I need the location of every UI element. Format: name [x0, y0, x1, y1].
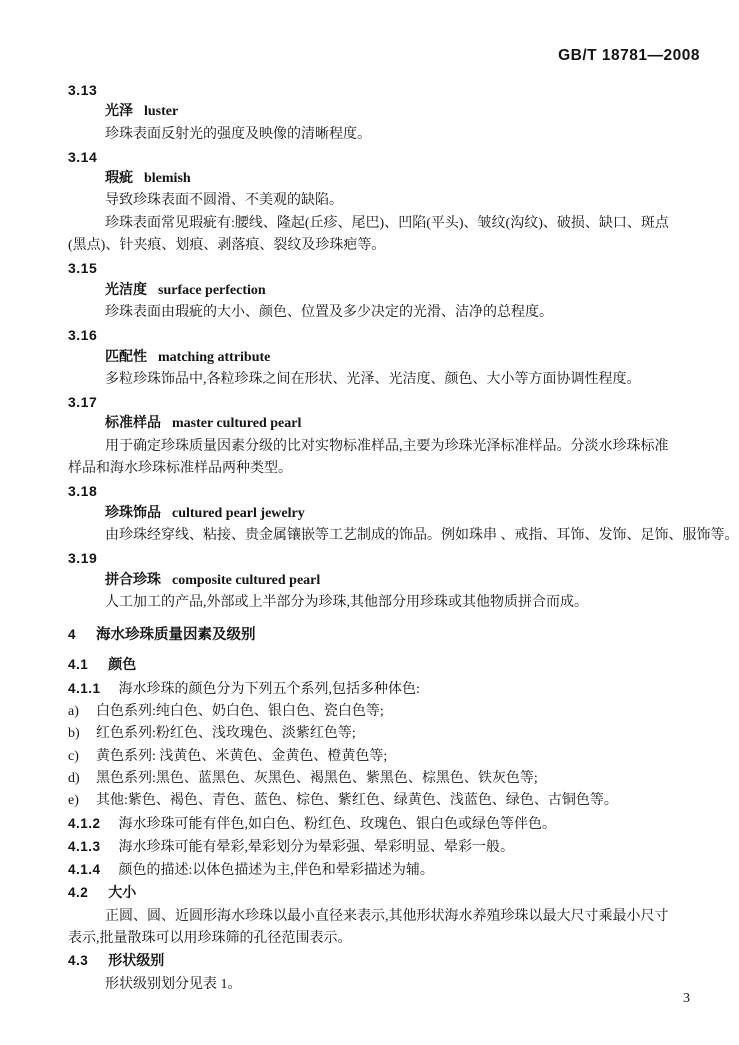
term-zh: 光洁度	[105, 283, 147, 298]
list-label: d)	[68, 768, 96, 790]
definition-text: 多粒珍珠饰品中,各粒珍珠之间在形状、光泽、光洁度、颜色、大小等方面协调性程度。	[68, 369, 672, 391]
section-heading-4-3: 4.3形状级别	[68, 950, 672, 973]
list-text: 黑色系列:黑色、蓝黑色、灰黑色、褐黑色、紫黑色、棕黑色、铁灰色等;	[96, 771, 538, 786]
term-line: 光泽luster	[68, 101, 672, 123]
clause-text: 颜色的描述:以体色描述为主,伴色和晕彩描述为辅。	[119, 863, 434, 878]
section-title: 颜色	[108, 658, 136, 673]
term-en: luster	[144, 104, 178, 119]
term-section-3-16: 3.16 匹配性matching attribute 多粒珍珠饰品中,各粒珍珠之…	[68, 324, 672, 391]
section-title: 大小	[108, 886, 136, 901]
clause-number: 3.14	[68, 146, 672, 168]
color-series-item-b: b)红色系列:粉红色、浅玫瑰色、淡紫红色等;	[68, 723, 672, 745]
section-title: 形状级别	[108, 954, 164, 969]
section-text-4-2: 正圆、圆、近圆形海水珍珠以最小直径来表示,其他形状海水养殖珍珠以最大尺寸乘最小尺…	[68, 906, 672, 951]
clause-paragraph-4-1-1: 4.1.1海水珍珠的颜色分为下列五个系列,包括多种体色:	[68, 678, 672, 701]
clause-text: 海水珍珠可能有晕彩,晕彩划分为晕彩强、晕彩明显、晕彩一般。	[119, 840, 515, 855]
definition-text: 珍珠表面由瑕疵的大小、颜色、位置及多少决定的光滑、洁净的总程度。	[68, 302, 672, 324]
section-number: 4.1	[68, 657, 88, 672]
term-zh: 拼合珍珠	[105, 573, 161, 588]
color-series-item-e: e)其他:紫色、褐色、青色、蓝色、棕色、紫红色、绿黄色、浅蓝色、绿色、古铜色等。	[68, 790, 672, 812]
term-en: blemish	[144, 171, 191, 186]
term-section-3-17: 3.17 标准样品master cultured pearl 用于确定珍珠质量因…	[68, 391, 672, 480]
term-en: composite cultured pearl	[172, 573, 320, 588]
clause-number: 4.1.4	[68, 862, 101, 877]
color-series-item-d: d)黑色系列:黑色、蓝黑色、灰黑色、褐黑色、紫黑色、棕黑色、铁灰色等;	[68, 768, 672, 790]
term-zh: 标准样品	[105, 416, 161, 431]
chapter-number: 4	[68, 627, 76, 642]
term-line: 珍珠饰品cultured pearl jewelry	[68, 503, 672, 525]
list-label: e)	[68, 790, 96, 812]
document-page: GB/T 18781—2008 3.13 光泽luster 珍珠表面反射光的强度…	[0, 0, 739, 1045]
standard-number: GB/T 18781—2008	[558, 45, 700, 67]
section-text-4-3: 形状级别划分见表 1。	[68, 974, 672, 996]
term-en: master cultured pearl	[172, 416, 301, 431]
term-en: cultured pearl jewelry	[172, 506, 305, 521]
chapter-title: 海水珍珠质量因素及级别	[96, 627, 256, 643]
clause-paragraph-4-1-3: 4.1.3海水珍珠可能有晕彩,晕彩划分为晕彩强、晕彩明显、晕彩一般。	[68, 836, 672, 859]
definition-text-2: 珍珠表面常见瑕疵有:腰线、隆起(丘疹、尾巴)、凹陷(平头)、皱纹(沟纹)、破损、…	[68, 213, 672, 258]
term-section-3-19: 3.19 拼合珍珠composite cultured pearl 人工加工的产…	[68, 547, 672, 614]
term-en: surface perfection	[158, 283, 266, 298]
clause-text: 海水珍珠可能有伴色,如白色、粉红色、玫瑰色、银白色或绿色等伴色。	[119, 817, 557, 832]
color-series-item-c: c)黄色系列: 浅黄色、米黄色、金黄色、橙黄色等;	[68, 746, 672, 768]
list-label: c)	[68, 746, 96, 768]
definition-text: 人工加工的产品,外部或上半部分为珍珠,其他部分用珍珠或其他物质拼合而成。	[68, 592, 672, 614]
clause-number: 4.1.2	[68, 816, 101, 831]
term-zh: 光泽	[105, 104, 133, 119]
section-heading-4-1: 4.1颜色	[68, 654, 672, 677]
clause-number: 3.15	[68, 257, 672, 279]
clause-paragraph-4-1-4: 4.1.4颜色的描述:以体色描述为主,伴色和晕彩描述为辅。	[68, 859, 672, 882]
clause-number: 3.19	[68, 547, 672, 569]
clause-number: 3.17	[68, 391, 672, 413]
list-text: 黄色系列: 浅黄色、米黄色、金黄色、橙黄色等;	[96, 749, 387, 764]
term-section-3-18: 3.18 珍珠饰品cultured pearl jewelry 由珍珠经穿线、粘…	[68, 480, 672, 547]
term-line: 标准样品master cultured pearl	[68, 413, 672, 435]
list-label: b)	[68, 723, 96, 745]
list-label: a)	[68, 701, 96, 723]
page-number: 3	[683, 988, 690, 1010]
clause-number: 3.18	[68, 480, 672, 502]
definition-text: 用于确定珍珠质量因素分级的比对实物标准样品,主要为珍珠光泽标准样品。分淡水珍珠标…	[68, 436, 672, 481]
document-body: 3.13 光泽luster 珍珠表面反射光的强度及映像的清晰程度。 3.14 瑕…	[68, 79, 672, 996]
definition-text: 由珍珠经穿线、粘接、贵金属镶嵌等工艺制成的饰品。例如珠串 、戒指、耳饰、发饰、足…	[68, 525, 672, 547]
term-zh: 匹配性	[105, 350, 147, 365]
term-line: 光洁度surface perfection	[68, 280, 672, 302]
clause-number: 3.16	[68, 324, 672, 346]
term-line: 匹配性matching attribute	[68, 347, 672, 369]
section-heading-4-2: 4.2大小	[68, 882, 672, 905]
term-en: matching attribute	[158, 350, 270, 365]
section-number: 4.2	[68, 885, 88, 900]
clause-paragraph-4-1-2: 4.1.2海水珍珠可能有伴色,如白色、粉红色、玫瑰色、银白色或绿色等伴色。	[68, 813, 672, 836]
section-number: 4.3	[68, 953, 88, 968]
term-section-3-15: 3.15 光洁度surface perfection 珍珠表面由瑕疵的大小、颜色…	[68, 257, 672, 324]
clause-number: 4.1.1	[68, 681, 101, 696]
clause-number: 4.1.3	[68, 839, 101, 854]
term-zh: 瑕疵	[105, 171, 133, 186]
term-section-3-13: 3.13 光泽luster 珍珠表面反射光的强度及映像的清晰程度。	[68, 79, 672, 146]
term-section-3-14: 3.14 瑕疵blemish 导致珍珠表面不圆滑、不美观的缺陷。 珍珠表面常见瑕…	[68, 146, 672, 257]
definition-text: 珍珠表面反射光的强度及映像的清晰程度。	[68, 124, 672, 146]
definition-text: 导致珍珠表面不圆滑、不美观的缺陷。	[68, 190, 672, 212]
term-line: 拼合珍珠composite cultured pearl	[68, 570, 672, 592]
clause-number: 3.13	[68, 79, 672, 101]
list-text: 红色系列:粉红色、浅玫瑰色、淡紫红色等;	[96, 726, 356, 741]
color-series-item-a: a)白色系列:纯白色、奶白色、银白色、瓷白色等;	[68, 701, 672, 723]
chapter-heading: 4海水珍珠质量因素及级别	[68, 624, 672, 646]
term-line: 瑕疵blemish	[68, 168, 672, 190]
list-text: 其他:紫色、褐色、青色、蓝色、棕色、紫红色、绿黄色、浅蓝色、绿色、古铜色等。	[96, 793, 618, 808]
list-text: 白色系列:纯白色、奶白色、银白色、瓷白色等;	[96, 704, 384, 719]
term-zh: 珍珠饰品	[105, 506, 161, 521]
clause-text: 海水珍珠的颜色分为下列五个系列,包括多种体色:	[119, 682, 420, 697]
